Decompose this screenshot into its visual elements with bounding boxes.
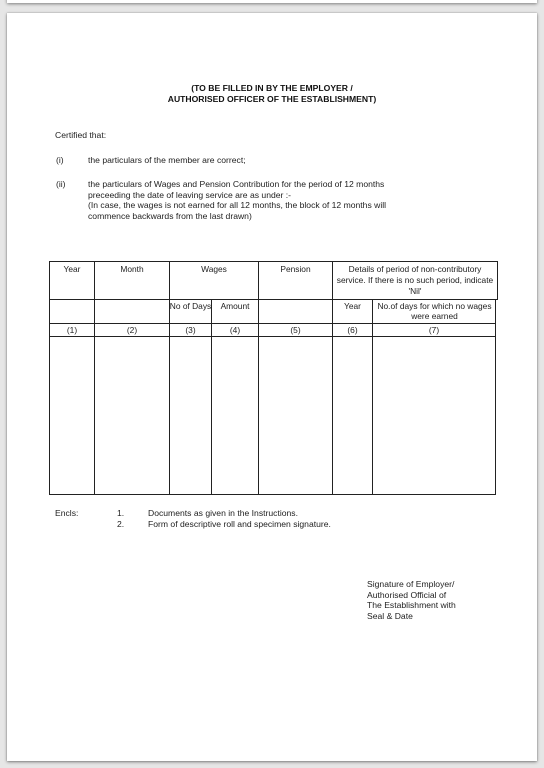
table-row-divider [49, 336, 496, 337]
form-title: (TO BE FILLED IN BY THE EMPLOYER / AUTHO… [7, 83, 537, 105]
table-bottom-border [49, 494, 496, 495]
item-text-ii-line-1: the particulars of Wages and Pension Con… [88, 179, 386, 190]
enclosure-text-1: Documents as given in the Instructions. [148, 508, 298, 519]
col-number-7: (7) [372, 325, 496, 335]
table-left-border [49, 261, 50, 495]
enclosure-text-2: Form of descriptive roll and specimen si… [148, 519, 331, 530]
table-right-border-header [497, 261, 498, 300]
form-title-line-1: (TO BE FILLED IN BY THE EMPLOYER / [7, 83, 537, 94]
item-text-ii-line-4: commence backwards from the last drawn) [88, 211, 386, 222]
header-month: Month [94, 264, 170, 274]
item-marker-i: (i) [56, 155, 64, 166]
table-col-divider [332, 261, 333, 495]
table-row-divider [49, 299, 498, 300]
signature-block: Signature of Employer/ Authorised Offici… [367, 579, 456, 621]
item-text-ii-line-2: preceeding the date of leaving service a… [88, 190, 386, 201]
table-col-divider [94, 261, 95, 495]
header-nc-year: Year [332, 301, 373, 311]
enclosure-num-1: 1. [117, 508, 124, 519]
col-number-6: (6) [332, 325, 373, 335]
header-amount: Amount [211, 301, 259, 311]
col-number-3: (3) [169, 325, 212, 335]
certified-label: Certified that: [55, 130, 106, 141]
header-non-contributory: Details of period of non-contributory se… [335, 264, 495, 296]
form-title-line-2: AUTHORISED OFFICER OF THE ESTABLISHMENT) [7, 94, 537, 105]
item-text-i: the particulars of the member are correc… [88, 155, 246, 166]
enclosures-label: Encls: [55, 508, 78, 519]
enclosure-num-2: 2. [117, 519, 124, 530]
previous-page-edge [7, 0, 537, 3]
table-col-divider [258, 261, 259, 495]
col-number-1: (1) [49, 325, 95, 335]
header-no-of-days: No of Days [169, 301, 212, 311]
document-page: (TO BE FILLED IN BY THE EMPLOYER / AUTHO… [7, 13, 537, 761]
table-top-border [49, 261, 498, 262]
table-col-divider [169, 261, 170, 495]
col-number-4: (4) [211, 325, 259, 335]
signature-line-3: The Establishment with [367, 600, 456, 611]
item-marker-ii: (ii) [56, 179, 66, 190]
signature-line-2: Authorised Official of [367, 590, 456, 601]
item-text-ii-line-3: (In case, the wages is not earned for al… [88, 200, 386, 211]
signature-line-4: Seal & Date [367, 611, 456, 622]
header-wages: Wages [169, 264, 259, 274]
col-number-5: (5) [258, 325, 333, 335]
header-nc-days: No.of days for which no wages were earne… [374, 301, 495, 321]
header-year: Year [49, 264, 95, 274]
header-pension: Pension [258, 264, 333, 274]
table-row-divider [49, 323, 496, 324]
item-text-ii: the particulars of Wages and Pension Con… [88, 179, 386, 221]
col-number-2: (2) [94, 325, 170, 335]
signature-line-1: Signature of Employer/ [367, 579, 456, 590]
